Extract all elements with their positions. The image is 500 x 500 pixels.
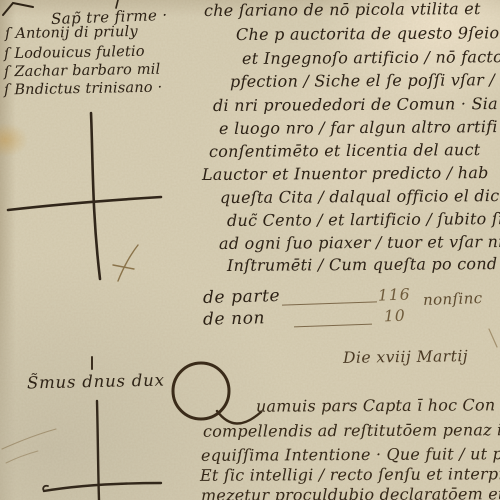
text-line: e luogo nro / far algun altro artifi — [219, 117, 498, 138]
text-line: Che p auctorita de questo 9ſeio / ch — [236, 23, 500, 44]
text-line: Lauctor et Inuentor predicto / hab — [202, 163, 489, 184]
date-line: Die xviij Martij — [343, 347, 468, 367]
hairline-stroke — [2, 429, 56, 449]
margin-flourish — [113, 265, 134, 269]
vote-value: 116 — [378, 285, 411, 304]
vote-side-note: nonſinc — [423, 289, 483, 309]
vote-dash — [282, 301, 377, 305]
signatory-name: ſ Bndictus trinisano · — [4, 80, 163, 99]
text-line: duc̃ Cento / et lartificio / ſubito ſia — [227, 209, 500, 230]
text-line: ad ogni ſuo piaxer / tuor et vſar ni — [219, 232, 500, 253]
text-line: pfection / Siche el ſe poſſi vſar / et e — [230, 70, 500, 91]
decree-line: compellendis ad reſtitutōem penaz i — [203, 420, 500, 441]
signatory-name: ſ Zachar barbaro mil — [4, 62, 161, 81]
margin-cross-lower-hook — [43, 486, 48, 491]
decree-line: Et ſic intelligi / recto ſenſu et interp… — [200, 464, 500, 485]
text-line: conſentimēto et licentia del auct — [209, 140, 481, 161]
doge-line: S̃mus dnus dux — [27, 371, 165, 393]
manuscript-page: Sap̃ tre firme · ſ Antonij di priuly ſ L… — [0, 0, 500, 500]
corner-flourish — [3, 3, 33, 15]
hairline-stroke — [489, 329, 497, 347]
text-line: che ſariano de nō picola vtilita et — [204, 0, 481, 20]
vote-dash — [294, 324, 372, 328]
vote-label: de parte — [203, 286, 281, 308]
margin-flourish — [118, 245, 138, 281]
vote-label: de non — [203, 308, 266, 330]
text-line: Inſtrumēti / Cum queſta po cond — [227, 254, 497, 275]
decree-line: uamuis pars Capta ī hoc Con — [256, 395, 495, 415]
signatory-name: ſ Lodouicus fuletio — [4, 44, 145, 62]
decree-initial-q — [173, 363, 229, 419]
decree-line: equiſſima Intentione · Que fuit / ut po — [201, 444, 500, 465]
margin-cross-lower-horizontal — [44, 483, 161, 491]
text-line: et Ingegnoſo artificio / nō facto pa — [242, 47, 500, 68]
text-line: queſta Cita / dalqual officio el dicto — [220, 186, 500, 207]
hairline-stroke — [6, 451, 38, 463]
margin-cross-upper-horizontal — [8, 197, 161, 210]
text-line: di nri prouededori de Comun · Sia — [213, 94, 498, 115]
margin-cross-upper-vertical — [91, 113, 100, 279]
signatory-name: ſ Antonij di priuly — [5, 24, 138, 42]
vote-value: 10 — [384, 307, 406, 326]
margin-cross-lower-vertical — [97, 401, 99, 500]
decree-line: mezetur proculdubio declaratōem et c — [201, 484, 500, 500]
